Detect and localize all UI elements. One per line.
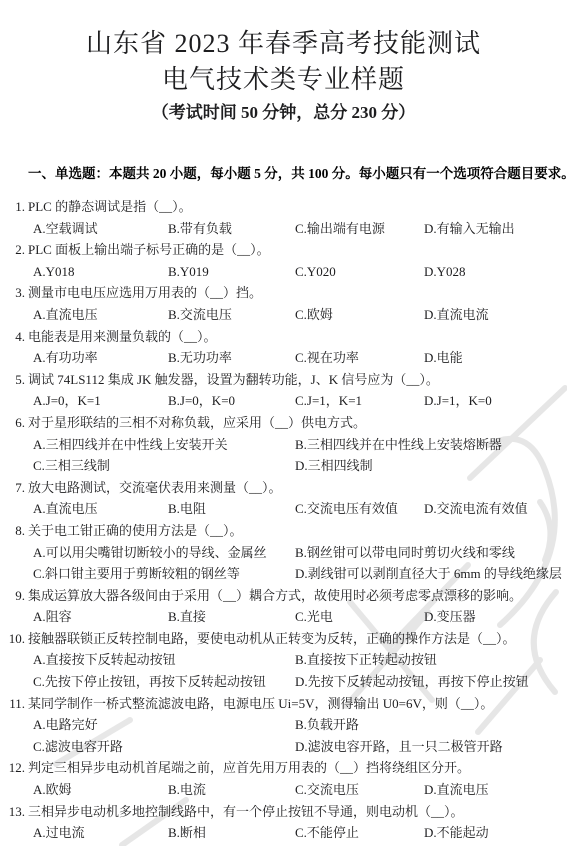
question-number: 9.: [0, 585, 28, 607]
question-number: 7.: [0, 477, 28, 499]
option: D.电能: [424, 347, 567, 369]
question-stem-text: 接触器联锁正反转控制电路，要使电动机从正转变为反转，正确的操作方法是（__）。: [28, 631, 516, 646]
question-stem-text: 测量市电电压应选用万用表的（__）挡。: [28, 285, 262, 300]
option: A.阻容: [33, 606, 168, 628]
question-stem-text: 对于星形联结的三相不对称负载，应采用（__）供电方式。: [28, 415, 366, 430]
option: A.直流电压: [33, 498, 168, 520]
question-stem: 13.三相异步电动机多地控制线路中，有一个停止按钮不导通，则电动机（__）。: [0, 801, 567, 823]
option: C.J=1，K=1: [295, 390, 424, 412]
option: C.输出端有电源: [295, 218, 424, 240]
question-stem: 10.接触器联锁正反转控制电路，要使电动机从正转变为反转，正确的操作方法是（__…: [0, 628, 567, 650]
option: C.滤波电容开路: [33, 736, 295, 758]
option: D.直流电压: [424, 779, 567, 801]
question-stem-text: PLC 的静态调试是指（__）。: [28, 199, 192, 214]
option: B.钢丝钳可以带电同时剪切火线和零线: [295, 542, 567, 564]
option: D.三相四线制: [295, 455, 567, 477]
question-number: 5.: [0, 369, 28, 391]
option: C.光电: [295, 606, 424, 628]
exam-page: 山东省 2023 年春季高考技能测试 电气技术类专业样题 （考试时间 50 分钟…: [0, 0, 567, 844]
option: C.先按下停止按钮，再按下反转起动按钮: [33, 671, 295, 693]
option: A.J=0，K=1: [33, 390, 168, 412]
question-stem: 8.关于电工钳正确的使用方法是（__）。: [0, 520, 567, 542]
question-options: A.空载调试B.带有负载C.输出端有电源D.有输入无输出: [0, 218, 567, 240]
question-options: A.有功功率B.无功功率C.视在功率D.电能: [0, 347, 567, 369]
option: A.Y018: [33, 261, 168, 283]
option: D.变压器: [424, 606, 567, 628]
option: B.电阻: [168, 498, 295, 520]
question-stem-text: 判定三相异步电动机首尾端之前，应首先用万用表的（__）挡将绕组区分开。: [28, 760, 470, 775]
question: 9.集成运算放大器各级间由于采用（__）耦合方式，故使用时必须考虑零点漂移的影响…: [0, 585, 567, 628]
question-stem: 2.PLC 面板上输出端子标号正确的是（__）。: [0, 239, 567, 261]
option: B.电流: [168, 779, 295, 801]
question-stem: 6.对于星形联结的三相不对称负载，应采用（__）供电方式。: [0, 412, 567, 434]
option: C.斜口钳主要用于剪断较粗的钢丝等: [33, 563, 295, 585]
question: 10.接触器联锁正反转控制电路，要使电动机从正转变为反转，正确的操作方法是（__…: [0, 628, 567, 693]
question-list: 1.PLC 的静态调试是指（__）。 A.空载调试B.带有负载C.输出端有电源D…: [0, 196, 567, 844]
option: B.直接按下正转起动按钮: [295, 649, 567, 671]
option: B.交流电压: [168, 304, 295, 326]
question-stem-text: 三相异步电动机多地控制线路中，有一个停止按钮不导通，则电动机（__）。: [28, 804, 464, 819]
question-number: 10.: [0, 628, 28, 650]
question: 4.电能表是用来测量负载的（__）。 A.有功功率B.无功功率C.视在功率D.电…: [0, 326, 567, 369]
question: 6.对于星形联结的三相不对称负载，应采用（__）供电方式。 A.三相四线并在中性…: [0, 412, 567, 477]
option: A.空载调试: [33, 218, 168, 240]
option: D.先按下反转起动按钮，再按下停止按钮: [295, 671, 567, 693]
question-stem: 1.PLC 的静态调试是指（__）。: [0, 196, 567, 218]
option: B.无功功率: [168, 347, 295, 369]
question-number: 13.: [0, 801, 28, 823]
option: A.电路完好: [33, 714, 295, 736]
question: 11.某同学制作一桥式整流滤波电路，电源电压 Ui=5V，测得输出 U0=6V，…: [0, 693, 567, 758]
question-number: 1.: [0, 196, 28, 218]
option: A.过电流: [33, 822, 168, 844]
question-number: 8.: [0, 520, 28, 542]
question-options: A.阻容B.直接C.光电D.变压器: [0, 606, 567, 628]
question-number: 12.: [0, 757, 28, 779]
question-stem: 5.调试 74LS112 集成 JK 触发器，设置为翻转功能，J、K 信号应为（…: [0, 369, 567, 391]
option: D.滤波电容开路，且一只二极管开路: [295, 736, 567, 758]
option: B.三相四线并在中性线上安装熔断器: [295, 434, 567, 456]
page-title-line2: 电气技术类专业样题: [0, 62, 567, 98]
question: 2.PLC 面板上输出端子标号正确的是（__）。 A.Y018B.Y019C.Y…: [0, 239, 567, 282]
option: D.有输入无输出: [424, 218, 567, 240]
option: C.Y020: [295, 261, 424, 283]
question-stem: 4.电能表是用来测量负载的（__）。: [0, 326, 567, 348]
question-options: A.过电流B.断相C.不能停止D.不能起动: [0, 822, 567, 844]
option: A.直接按下反转起动按钮: [33, 649, 295, 671]
question: 5.调试 74LS112 集成 JK 触发器，设置为翻转功能，J、K 信号应为（…: [0, 369, 567, 412]
option: C.三相三线制: [33, 455, 295, 477]
question-stem-text: 某同学制作一桥式整流滤波电路，电源电压 Ui=5V，测得输出 U0=6V，则（_…: [28, 696, 493, 711]
page-title-line1: 山东省 2023 年春季高考技能测试: [0, 0, 567, 62]
question-stem: 11.某同学制作一桥式整流滤波电路，电源电压 Ui=5V，测得输出 U0=6V，…: [0, 693, 567, 715]
question: 3.测量市电电压应选用万用表的（__）挡。 A.直流电压B.交流电压C.欧姆D.…: [0, 282, 567, 325]
option: D.剥线钳可以剥削直径大于 6mm 的导线绝缘层: [295, 563, 567, 585]
question: 12.判定三相异步电动机首尾端之前，应首先用万用表的（__）挡将绕组区分开。 A…: [0, 757, 567, 800]
option: A.直流电压: [33, 304, 168, 326]
question: 1.PLC 的静态调试是指（__）。 A.空载调试B.带有负载C.输出端有电源D…: [0, 196, 567, 239]
question-stem-text: 集成运算放大器各级间由于采用（__）耦合方式，故使用时必须考虑零点漂移的影响。: [28, 588, 522, 603]
question-number: 4.: [0, 326, 28, 348]
question-number: 3.: [0, 282, 28, 304]
option: A.欧姆: [33, 779, 168, 801]
question-options: A.直流电压B.电阻C.交流电压有效值D.交流电流有效值: [0, 498, 567, 520]
option: D.直流电流: [424, 304, 567, 326]
option: D.J=1，K=0: [424, 390, 567, 412]
question-stem: 3.测量市电电压应选用万用表的（__）挡。: [0, 282, 567, 304]
option: B.Y019: [168, 261, 295, 283]
section-heading: 一、单选题：本题共 20 小题，每小题 5 分，共 100 分。每小题只有一个选…: [0, 165, 567, 183]
option: C.不能停止: [295, 822, 424, 844]
question-stem-text: PLC 面板上输出端子标号正确的是（__）。: [28, 242, 270, 257]
option: A.有功功率: [33, 347, 168, 369]
question-options: A.Y018B.Y019C.Y020D.Y028: [0, 261, 567, 283]
question: 8.关于电工钳正确的使用方法是（__）。 A.可以用尖嘴钳切断较小的导线、金属丝…: [0, 520, 567, 585]
option: B.断相: [168, 822, 295, 844]
question-number: 6.: [0, 412, 28, 434]
question-stem-text: 关于电工钳正确的使用方法是（__）。: [28, 523, 243, 538]
question-stem: 12.判定三相异步电动机首尾端之前，应首先用万用表的（__）挡将绕组区分开。: [0, 757, 567, 779]
question-stem-text: 放大电路测试，交流毫伏表用来测量（__）。: [28, 480, 282, 495]
question: 13.三相异步电动机多地控制线路中，有一个停止按钮不导通，则电动机（__）。 A…: [0, 801, 567, 844]
question-options: A.直流电压B.交流电压C.欧姆D.直流电流: [0, 304, 567, 326]
option: C.视在功率: [295, 347, 424, 369]
question-stem-text: 调试 74LS112 集成 JK 触发器，设置为翻转功能，J、K 信号应为（__…: [28, 372, 439, 387]
question-stem: 7.放大电路测试，交流毫伏表用来测量（__）。: [0, 477, 567, 499]
option: B.J=0，K=0: [168, 390, 295, 412]
option: D.不能起动: [424, 822, 567, 844]
exam-time-subtitle: （考试时间 50 分钟，总分 230 分）: [0, 101, 567, 125]
option: C.交流电压有效值: [295, 498, 424, 520]
question-options: A.电路完好B.负载开路C.滤波电容开路D.滤波电容开路，且一只二极管开路: [0, 714, 567, 757]
option: A.三相四线并在中性线上安装开关: [33, 434, 295, 456]
option: C.欧姆: [295, 304, 424, 326]
option: A.可以用尖嘴钳切断较小的导线、金属丝: [33, 542, 295, 564]
question-options: A.欧姆B.电流C.交流电压D.直流电压: [0, 779, 567, 801]
question-options: A.可以用尖嘴钳切断较小的导线、金属丝B.钢丝钳可以带电同时剪切火线和零线C.斜…: [0, 542, 567, 585]
option: C.交流电压: [295, 779, 424, 801]
question-number: 11.: [0, 693, 28, 715]
option: B.负载开路: [295, 714, 567, 736]
option: D.Y028: [424, 261, 567, 283]
question: 7.放大电路测试，交流毫伏表用来测量（__）。 A.直流电压B.电阻C.交流电压…: [0, 477, 567, 520]
question-options: A.直接按下反转起动按钮B.直接按下正转起动按钮C.先按下停止按钮，再按下反转起…: [0, 649, 567, 692]
option: B.直接: [168, 606, 295, 628]
question-stem-text: 电能表是用来测量负载的（__）。: [28, 329, 217, 344]
option: B.带有负载: [168, 218, 295, 240]
option: D.交流电流有效值: [424, 498, 567, 520]
question-stem: 9.集成运算放大器各级间由于采用（__）耦合方式，故使用时必须考虑零点漂移的影响…: [0, 585, 567, 607]
question-options: A.三相四线并在中性线上安装开关B.三相四线并在中性线上安装熔断器C.三相三线制…: [0, 434, 567, 477]
question-options: A.J=0，K=1B.J=0，K=0C.J=1，K=1D.J=1，K=0: [0, 390, 567, 412]
question-number: 2.: [0, 239, 28, 261]
